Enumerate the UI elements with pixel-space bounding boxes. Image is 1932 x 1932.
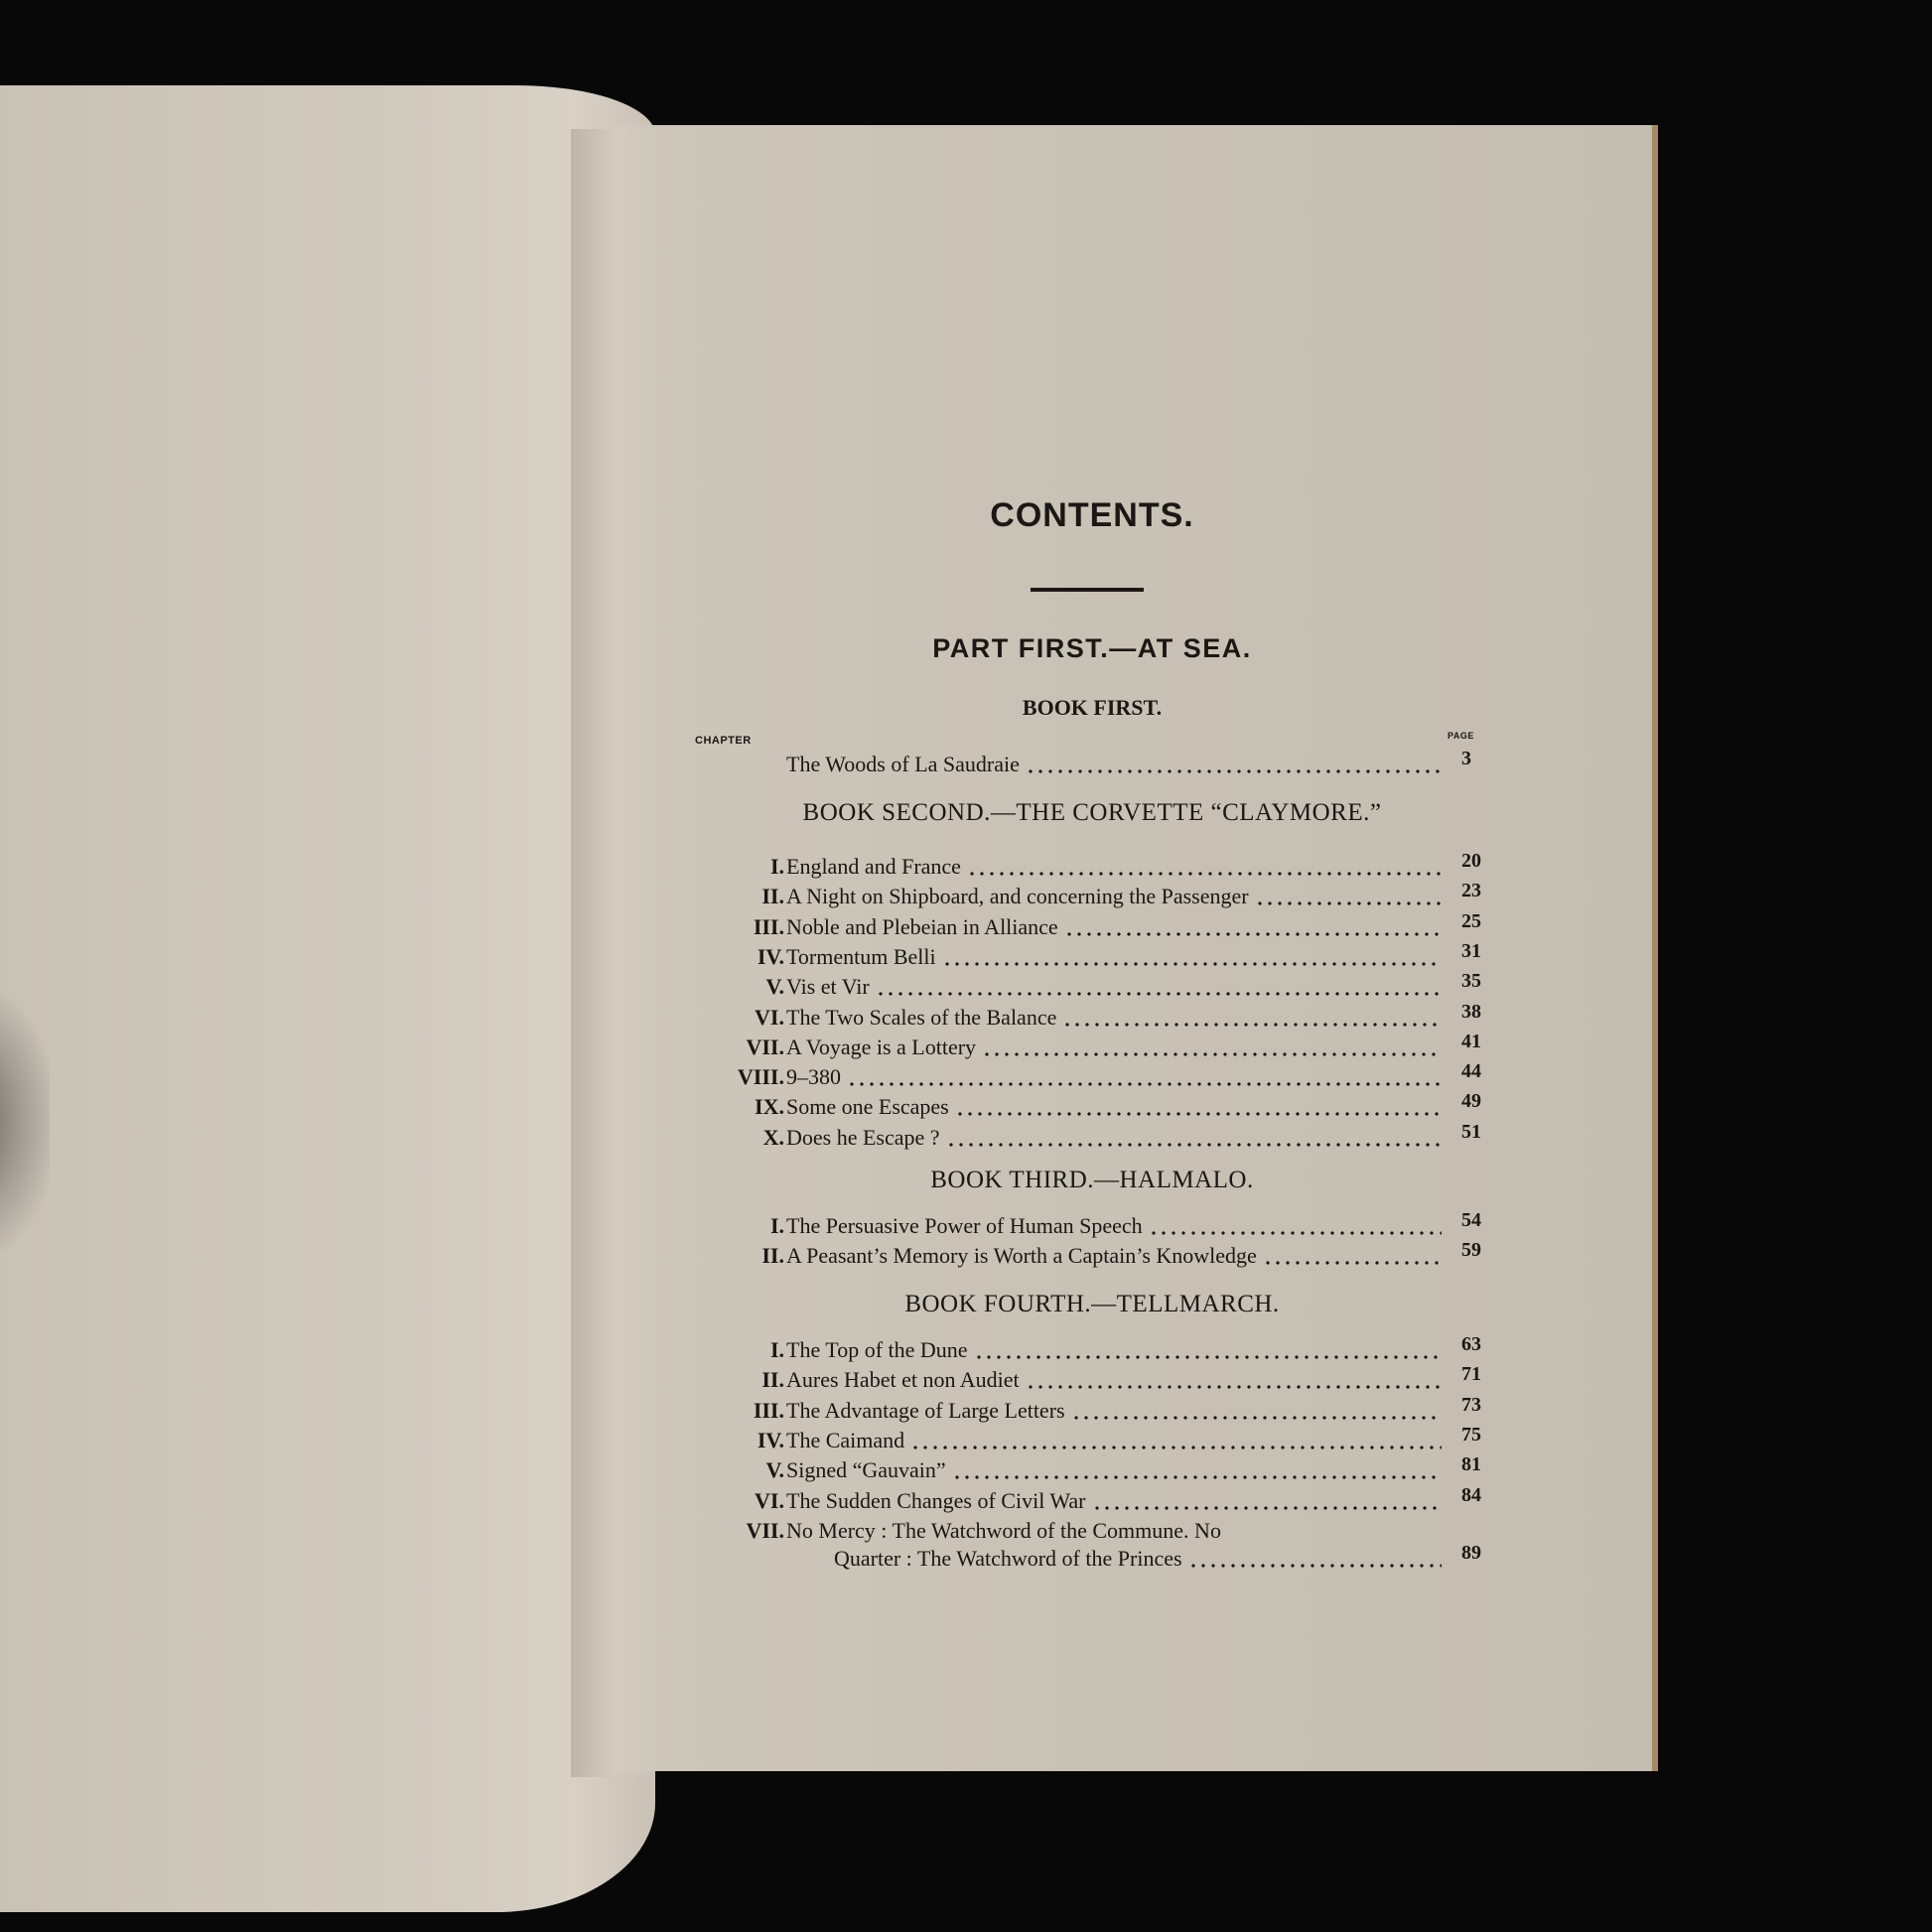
chapter-title: Does he Escape ? xyxy=(786,1123,940,1153)
toc-chapter-row[interactable]: V.Signed “Gauvain”81 xyxy=(695,1455,1489,1485)
chapter-numeral: I. xyxy=(695,1211,784,1241)
page-number: 23 xyxy=(1461,876,1501,905)
chapter-numeral: IV. xyxy=(695,942,784,972)
book-heading: BOOK THIRD.—HALMALO. xyxy=(695,1167,1489,1194)
chapter-title: Vis et Vir xyxy=(786,972,870,1002)
toc-chapter-row[interactable]: VII.No Mercy : The Watchword of the Comm… xyxy=(695,1516,1489,1546)
page-number: 35 xyxy=(1461,966,1501,996)
chapter-numeral: II. xyxy=(695,1241,784,1271)
book-heading: BOOK FIRST. xyxy=(695,695,1489,721)
chapter-numeral: IV. xyxy=(695,1426,784,1455)
page-number: 59 xyxy=(1461,1235,1501,1265)
toc-chapter-row[interactable]: VIII.9–38044 xyxy=(695,1062,1489,1092)
toc-chapter-row[interactable]: IV.Tormentum Belli31 xyxy=(695,942,1489,972)
toc-chapter-row[interactable]: II.Aures Habet et non Audiet71 xyxy=(695,1365,1489,1395)
toc-chapter-row[interactable]: IX.Some one Escapes49 xyxy=(695,1092,1489,1122)
toc-chapter-row[interactable]: VI.The Sudden Changes of Civil War84 xyxy=(695,1486,1489,1516)
dot-leader xyxy=(910,1446,1442,1449)
chapter-numeral: VII. xyxy=(695,1516,784,1546)
chapter-title: The Two Scales of the Balance xyxy=(786,1003,1056,1033)
dot-leader xyxy=(1188,1564,1442,1568)
book-gutter xyxy=(571,129,660,1777)
chapter-numeral: VIII. xyxy=(695,1062,784,1092)
chapter-title: Some one Escapes xyxy=(786,1092,949,1122)
page-number: 25 xyxy=(1461,906,1501,936)
chapter-numeral: VI. xyxy=(695,1003,784,1033)
title-rule xyxy=(1031,588,1144,592)
chapter-numeral: I. xyxy=(695,852,784,882)
chapter-title: A Peasant’s Memory is Worth a Captain’s … xyxy=(786,1241,1257,1271)
book-heading: BOOK FOURTH.—TELLMARCH. xyxy=(695,1291,1489,1318)
dot-leader xyxy=(1263,1261,1442,1265)
chapter-numeral: VII. xyxy=(695,1033,784,1062)
chapter-title: The Woods of La Saudraie xyxy=(786,750,1020,779)
dot-leader xyxy=(942,962,1442,966)
dot-leader xyxy=(847,1082,1442,1086)
thumb-shadow xyxy=(0,993,50,1251)
chapter-title-line2: Quarter : The Watchword of the Princes xyxy=(834,1544,1182,1574)
dot-leader xyxy=(967,872,1442,876)
chapter-title: The Sudden Changes of Civil War xyxy=(786,1486,1086,1516)
chapter-title: The Caimand xyxy=(786,1426,904,1455)
toc-chapter-row[interactable]: The Woods of La Saudraie3 xyxy=(695,750,1489,779)
toc-chapter-row[interactable]: III.The Advantage of Large Letters73 xyxy=(695,1396,1489,1426)
toc-chapter-row[interactable]: VII.A Voyage is a Lottery41 xyxy=(695,1033,1489,1062)
page-number: 51 xyxy=(1461,1117,1501,1147)
left-blank-page xyxy=(0,85,655,1912)
chapter-numeral: III. xyxy=(695,1396,784,1426)
toc-chapter-row[interactable]: III.Noble and Plebeian in Alliance25 xyxy=(695,912,1489,942)
dot-leader xyxy=(1026,769,1442,773)
page-number: 20 xyxy=(1461,846,1501,876)
page-number: 44 xyxy=(1461,1056,1501,1086)
chapter-numeral: I. xyxy=(695,1335,784,1365)
dot-leader xyxy=(974,1355,1442,1359)
chapter-title: A Voyage is a Lottery xyxy=(786,1033,976,1062)
page-number: 81 xyxy=(1461,1449,1501,1479)
chapter-numeral: II. xyxy=(695,1365,784,1395)
chapter-numeral: V. xyxy=(695,1455,784,1485)
dot-leader xyxy=(955,1112,1442,1116)
dot-leader xyxy=(1062,1023,1442,1027)
book-heading: BOOK SECOND.—THE CORVETTE “CLAYMORE.” xyxy=(695,799,1489,827)
contents-title: CONTENTS. xyxy=(695,496,1489,535)
page-number: 89 xyxy=(1461,1538,1501,1568)
dot-leader xyxy=(952,1475,1442,1479)
chapter-title: Signed “Gauvain” xyxy=(786,1455,946,1485)
chapter-title: England and France xyxy=(786,852,961,882)
page-number: 71 xyxy=(1461,1359,1501,1389)
dot-leader xyxy=(876,992,1442,996)
page-column-label: PAGE xyxy=(1448,731,1474,741)
dot-leader xyxy=(1255,901,1442,905)
chapter-title: The Top of the Dune xyxy=(786,1335,968,1365)
toc-chapter-row[interactable]: I.The Top of the Dune63 xyxy=(695,1335,1489,1365)
chapter-title: Tormentum Belli xyxy=(786,942,936,972)
page-number: 31 xyxy=(1461,936,1501,966)
toc-chapter-row[interactable]: II.A Night on Shipboard, and concerning … xyxy=(695,882,1489,911)
dot-leader xyxy=(1149,1231,1442,1235)
toc-chapter-row[interactable]: II.A Peasant’s Memory is Worth a Captain… xyxy=(695,1241,1489,1271)
toc-chapter-row[interactable]: VI.The Two Scales of the Balance38 xyxy=(695,1003,1489,1033)
chapter-numeral: VI. xyxy=(695,1486,784,1516)
chapter-numeral: X. xyxy=(695,1123,784,1153)
dot-leader xyxy=(1026,1385,1442,1389)
toc-chapter-row[interactable]: IV.The Caimand75 xyxy=(695,1426,1489,1455)
chapter-title: A Night on Shipboard, and concerning the… xyxy=(786,882,1249,911)
page-number: 84 xyxy=(1461,1480,1501,1510)
part-heading: PART FIRST.—AT SEA. xyxy=(695,633,1489,664)
page-number: 73 xyxy=(1461,1390,1501,1420)
dot-leader xyxy=(982,1052,1442,1056)
chapter-title: Aures Habet et non Audiet xyxy=(786,1365,1020,1395)
page-number: 49 xyxy=(1461,1086,1501,1116)
page-number: 75 xyxy=(1461,1420,1501,1449)
chapter-numeral: V. xyxy=(695,972,784,1002)
chapter-title: No Mercy : The Watchword of the Commune.… xyxy=(786,1516,1221,1546)
chapter-title: 9–380 xyxy=(786,1062,841,1092)
chapter-title: Noble and Plebeian in Alliance xyxy=(786,912,1058,942)
page-number: 38 xyxy=(1461,997,1501,1027)
toc-chapter-row[interactable]: I.England and France20 xyxy=(695,852,1489,882)
chapter-numeral: III. xyxy=(695,912,784,942)
dot-leader xyxy=(1092,1506,1442,1510)
dot-leader xyxy=(946,1143,1442,1147)
chapter-title: The Advantage of Large Letters xyxy=(786,1396,1065,1426)
page-number: 41 xyxy=(1461,1027,1501,1056)
page-number: 3 xyxy=(1461,744,1501,773)
page-number: 54 xyxy=(1461,1205,1501,1235)
dot-leader xyxy=(1064,932,1442,936)
toc-chapter-row[interactable]: X.Does he Escape ?51 xyxy=(695,1123,1489,1153)
page-number: 63 xyxy=(1461,1329,1501,1359)
chapter-title: The Persuasive Power of Human Speech xyxy=(786,1211,1143,1241)
chapter-numeral: IX. xyxy=(695,1092,784,1122)
toc-chapter-row[interactable]: V.Vis et Vir35 xyxy=(695,972,1489,1002)
toc-chapter-row[interactable]: I.The Persuasive Power of Human Speech54 xyxy=(695,1211,1489,1241)
dot-leader xyxy=(1071,1416,1442,1420)
chapter-numeral: II. xyxy=(695,882,784,911)
chapter-column-label: CHAPTER xyxy=(695,735,752,747)
